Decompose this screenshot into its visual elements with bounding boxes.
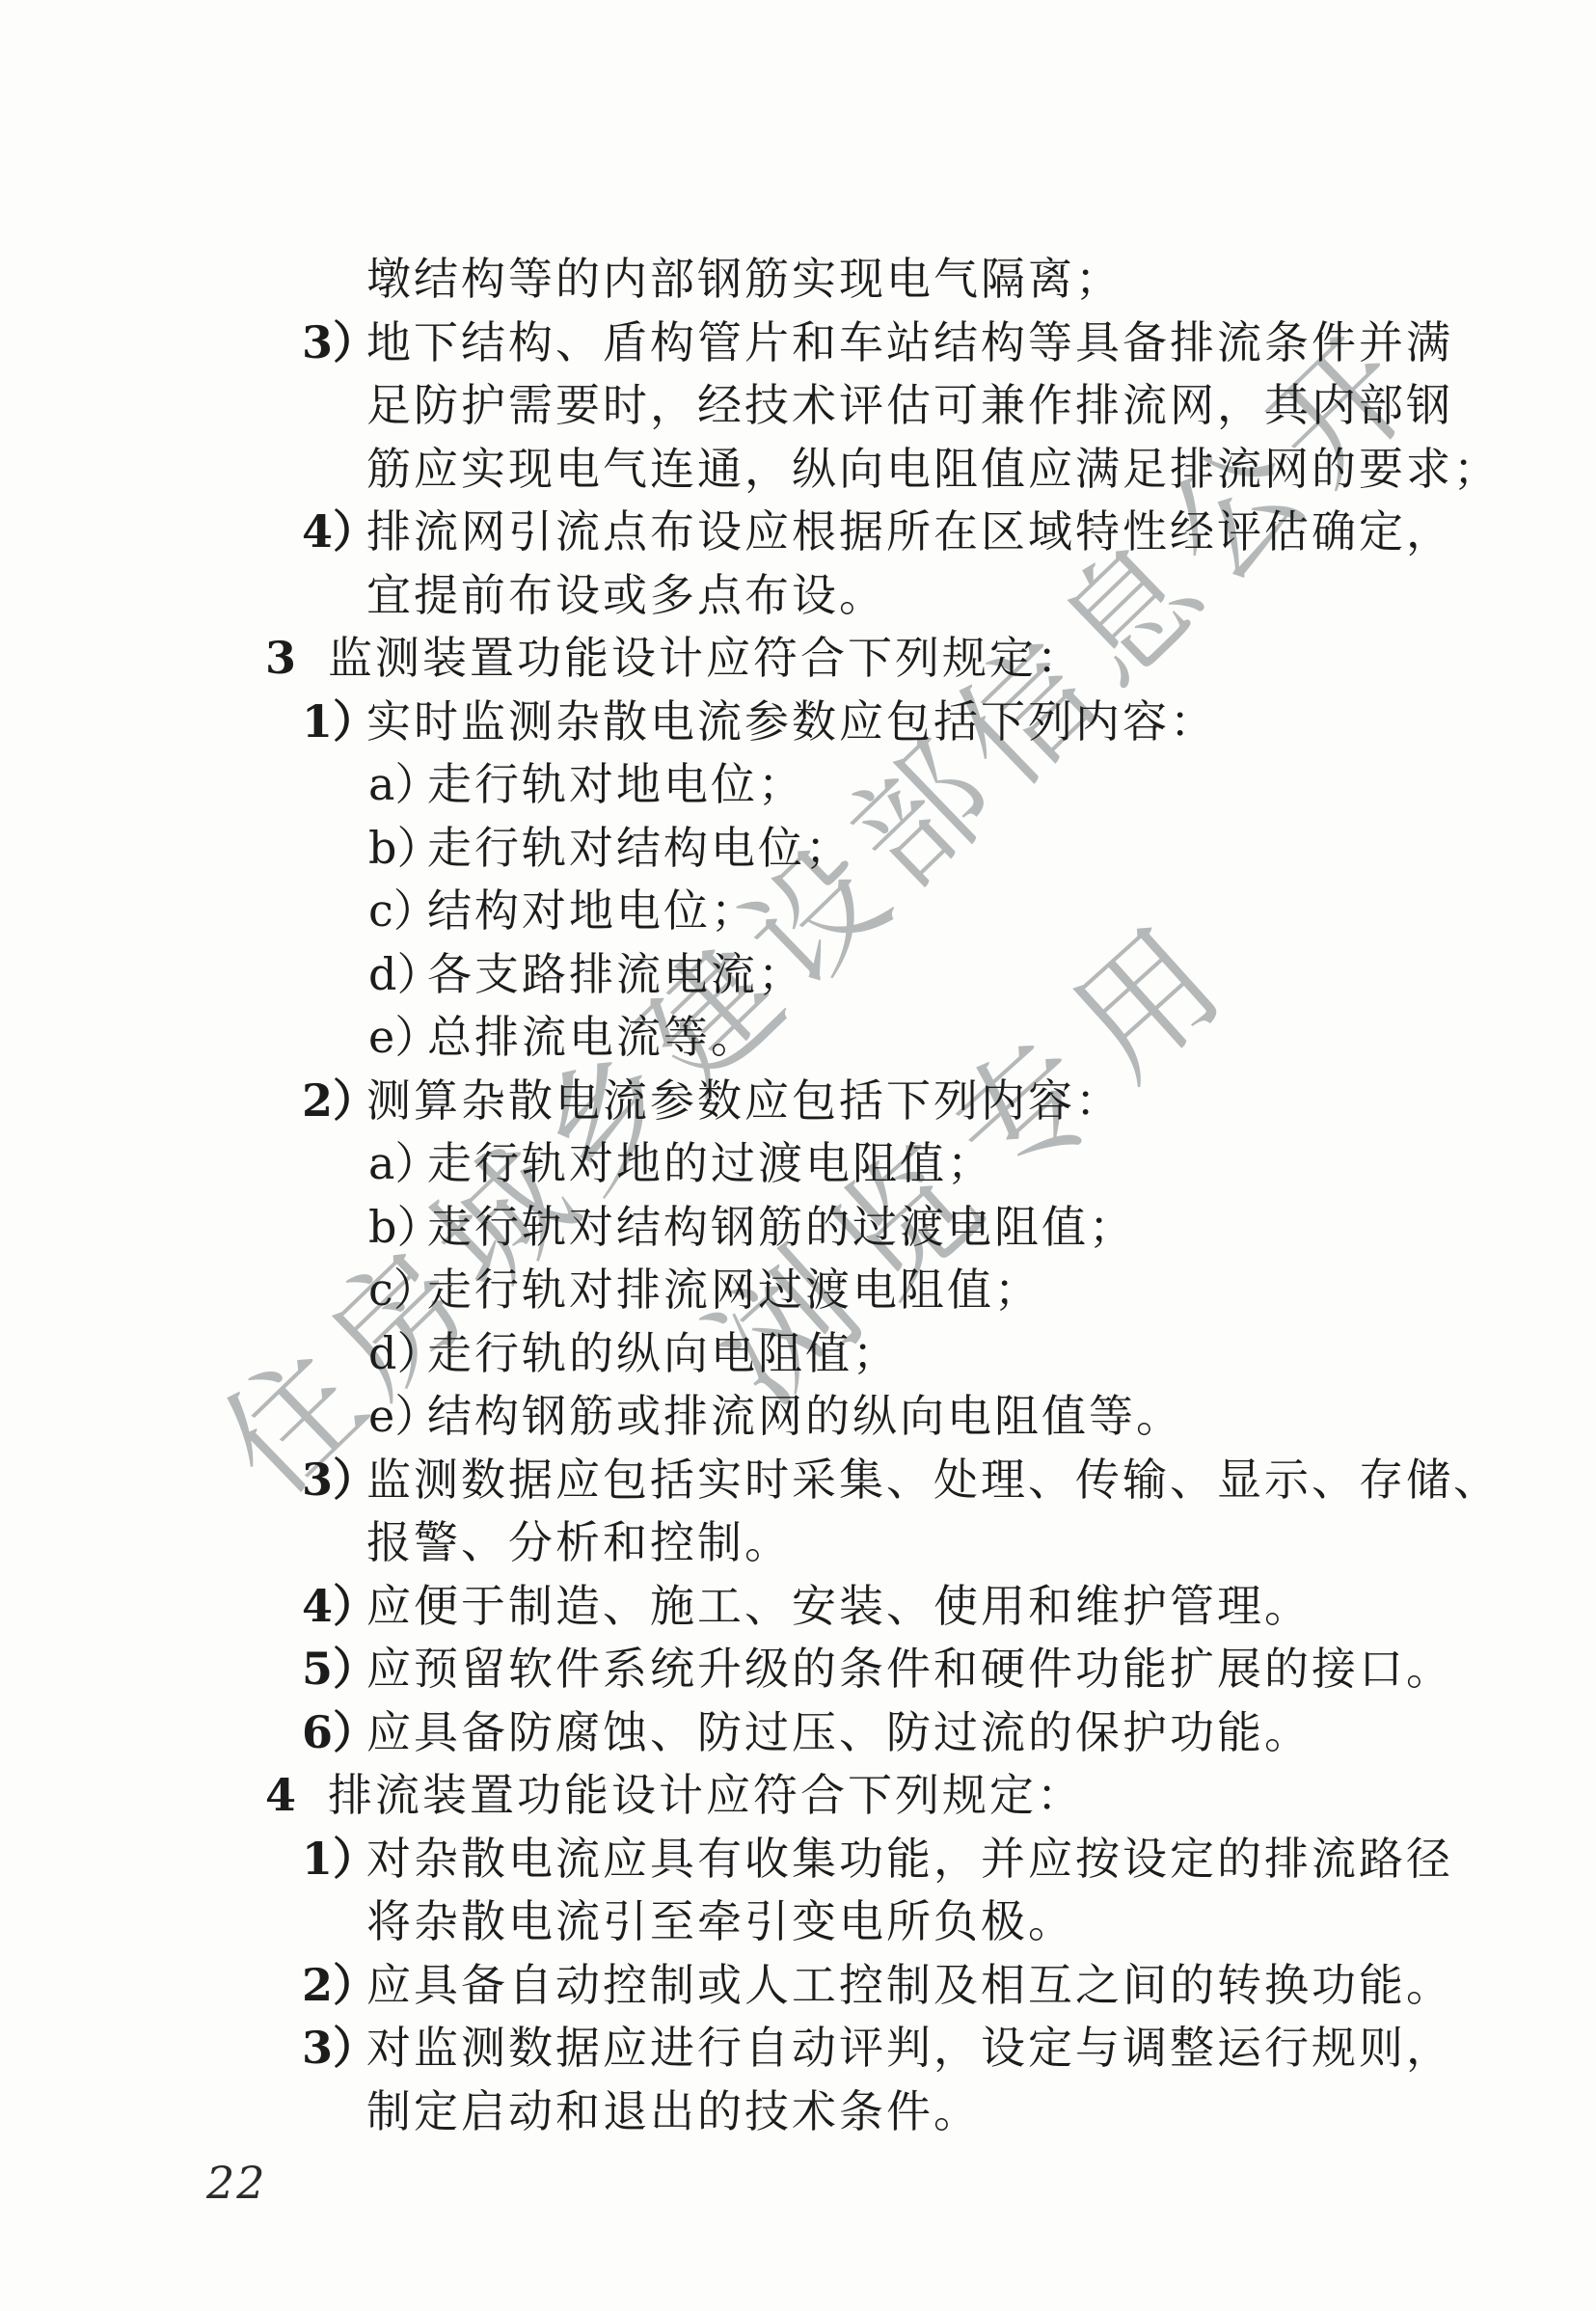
line-text: 对杂散电流应具有收集功能，并应按设定的排流路径 [366,1833,1453,1885]
continuation-line: 墩结构等的内部钢筋实现电气隔离； [366,257,1123,301]
continuation-line: 宜提前布设或多点布设。 [366,573,886,617]
list-item: 6）应具备防腐蚀、防过压、防过流的保护功能。 [302,1710,1312,1754]
line-text: 走行轨对结构钢筋的过渡电阻值； [427,1201,1136,1253]
line-text: 走行轨对地电位； [427,758,805,810]
list-marker: 5） [302,1646,366,1691]
line-text: 测算杂散电流参数应包括下列内容： [366,1074,1123,1127]
list-marker: 2） [302,1963,366,2007]
list-item: 2）应具备自动控制或人工控制及相互之间的转换功能。 [302,1963,1453,2007]
list-marker: 4） [302,509,366,554]
line-text: 足防护需要时，经技术评估可兼作排流网，其内部钢 [366,379,1453,431]
sub-list-item: c）结构对地电位； [368,888,758,933]
list-item: 1）实时监测杂散电流参数应包括下列内容： [302,699,1217,744]
list-item: 3）地下结构、盾构管片和车站结构等具备排流条件并满 [302,320,1453,365]
list-item: 5）应预留软件系统升级的条件和硬件功能扩展的接口。 [302,1646,1453,1691]
sub-list-marker: e） [368,1394,427,1438]
line-text: 监测数据应包括实时采集、处理、传输、显示、存储、 [366,1454,1501,1506]
line-text: 应具备自动控制或人工控制及相互之间的转换功能。 [366,1959,1453,2011]
list-marker: 3） [302,1457,366,1502]
list-marker: 3） [302,2026,366,2070]
line-text: 应预留软件系统升级的条件和硬件功能扩展的接口。 [366,1643,1453,1695]
list-item: 3）监测数据应包括实时采集、处理、传输、显示、存储、 [302,1457,1501,1502]
line-text: 排流网引流点布设应根据所在区域特性经评估确定， [366,505,1453,557]
sub-list-marker: e） [368,1015,427,1059]
line-text: 对监测数据应进行自动评判，设定与调整运行规则， [366,2022,1453,2074]
continuation-line: 制定启动和退出的技术条件。 [366,2089,981,2134]
continuation-line: 报警、分析和控制。 [366,1520,792,1564]
list-item: 4）应便于制造、施工、安装、使用和维护管理。 [302,1584,1312,1628]
sub-list-item: a）走行轨对地电位； [368,762,805,806]
sub-list-item: e）总排流电流等。 [368,1015,758,1059]
sub-list-item: c）走行轨对排流网过渡电阻值； [368,1267,1041,1312]
list-marker: 3） [302,320,366,365]
document-page: 住房城乡建设部信息公开 浏览专用 墩结构等的内部钢筋实现电气隔离； 3）地下结构… [0,0,1596,2311]
line-text: 走行轨的纵向电阻值； [427,1327,900,1379]
line-text: 监测装置功能设计应符合下列规定： [328,632,1084,684]
page-number: 22 [206,2161,267,2205]
list-marker: 6） [302,1710,366,1754]
line-text: 走行轨对排流网过渡电阻值； [427,1264,1041,1316]
list-item: 3）对监测数据应进行自动评判，设定与调整运行规则， [302,2026,1453,2070]
continuation-line: 筋应实现电气连通，纵向电阻值应满足排流网的要求； [366,447,1501,491]
sub-list-item: d）走行轨的纵向电阻值； [368,1331,900,1375]
line-text: 将杂散电流引至牵引变电所负极。 [366,1895,1075,1947]
list-item: 1）对杂散电流应具有收集功能，并应按设定的排流路径 [302,1836,1453,1881]
sub-list-marker: a） [368,1141,427,1185]
line-text: 各支路排流电流； [427,948,805,1000]
line-text: 筋应实现电气连通，纵向电阻值应满足排流网的要求； [366,443,1501,495]
list-marker: 1） [302,1836,366,1881]
sub-list-marker: d） [368,1331,427,1375]
line-text: 报警、分析和控制。 [366,1516,792,1568]
line-text: 宜提前布设或多点布设。 [366,569,886,621]
sub-list-marker: b） [368,826,427,870]
sub-list-marker: d） [368,952,427,996]
continuation-line: 足防护需要时，经技术评估可兼作排流网，其内部钢 [366,383,1453,427]
sub-list-marker: c） [368,888,427,933]
clause-heading: 3监测装置功能设计应符合下列规定： [265,636,1084,680]
list-item: 4）排流网引流点布设应根据所在区域特性经评估确定， [302,509,1453,554]
sub-list-marker: c） [368,1267,427,1312]
sub-list-item: b）走行轨对结构电位； [368,826,852,870]
clause-number: 4 [265,1773,328,1817]
list-marker: 4） [302,1584,366,1628]
continuation-line: 将杂散电流引至牵引变电所负极。 [366,1899,1075,1944]
sub-list-item: b）走行轨对结构钢筋的过渡电阻值； [368,1205,1136,1249]
list-item: 2）测算杂散电流参数应包括下列内容： [302,1078,1123,1123]
clause-number: 3 [265,636,328,680]
line-text: 应具备防腐蚀、防过压、防过流的保护功能。 [366,1706,1312,1758]
line-text: 地下结构、盾构管片和车站结构等具备排流条件并满 [366,316,1453,368]
sub-list-item: a）走行轨对地的过渡电阻值； [368,1141,994,1185]
line-text: 结构对地电位； [427,884,758,937]
line-text: 走行轨对结构电位； [427,822,852,874]
line-text: 总排流电流等。 [427,1011,758,1063]
sub-list-item: e）结构钢筋或排流网的纵向电阻值等。 [368,1394,1183,1438]
line-text: 实时监测杂散电流参数应包括下列内容： [366,695,1217,748]
line-text: 走行轨对地的过渡电阻值； [427,1137,994,1189]
line-text: 排流装置功能设计应符合下列规定： [328,1769,1084,1821]
line-text: 应便于制造、施工、安装、使用和维护管理。 [366,1580,1312,1632]
list-marker: 2） [302,1078,366,1123]
sub-list-item: d）各支路排流电流； [368,952,805,996]
clause-heading: 4排流装置功能设计应符合下列规定： [265,1773,1084,1817]
document-body: 墩结构等的内部钢筋实现电气隔离； 3）地下结构、盾构管片和车站结构等具备排流条件… [0,0,1596,2311]
line-text: 制定启动和退出的技术条件。 [366,2085,981,2137]
sub-list-marker: b） [368,1205,427,1249]
line-text: 结构钢筋或排流网的纵向电阻值等。 [427,1390,1183,1442]
list-marker: 1） [302,699,366,744]
line-text: 墩结构等的内部钢筋实现电气隔离； [366,253,1123,305]
sub-list-marker: a） [368,762,427,806]
